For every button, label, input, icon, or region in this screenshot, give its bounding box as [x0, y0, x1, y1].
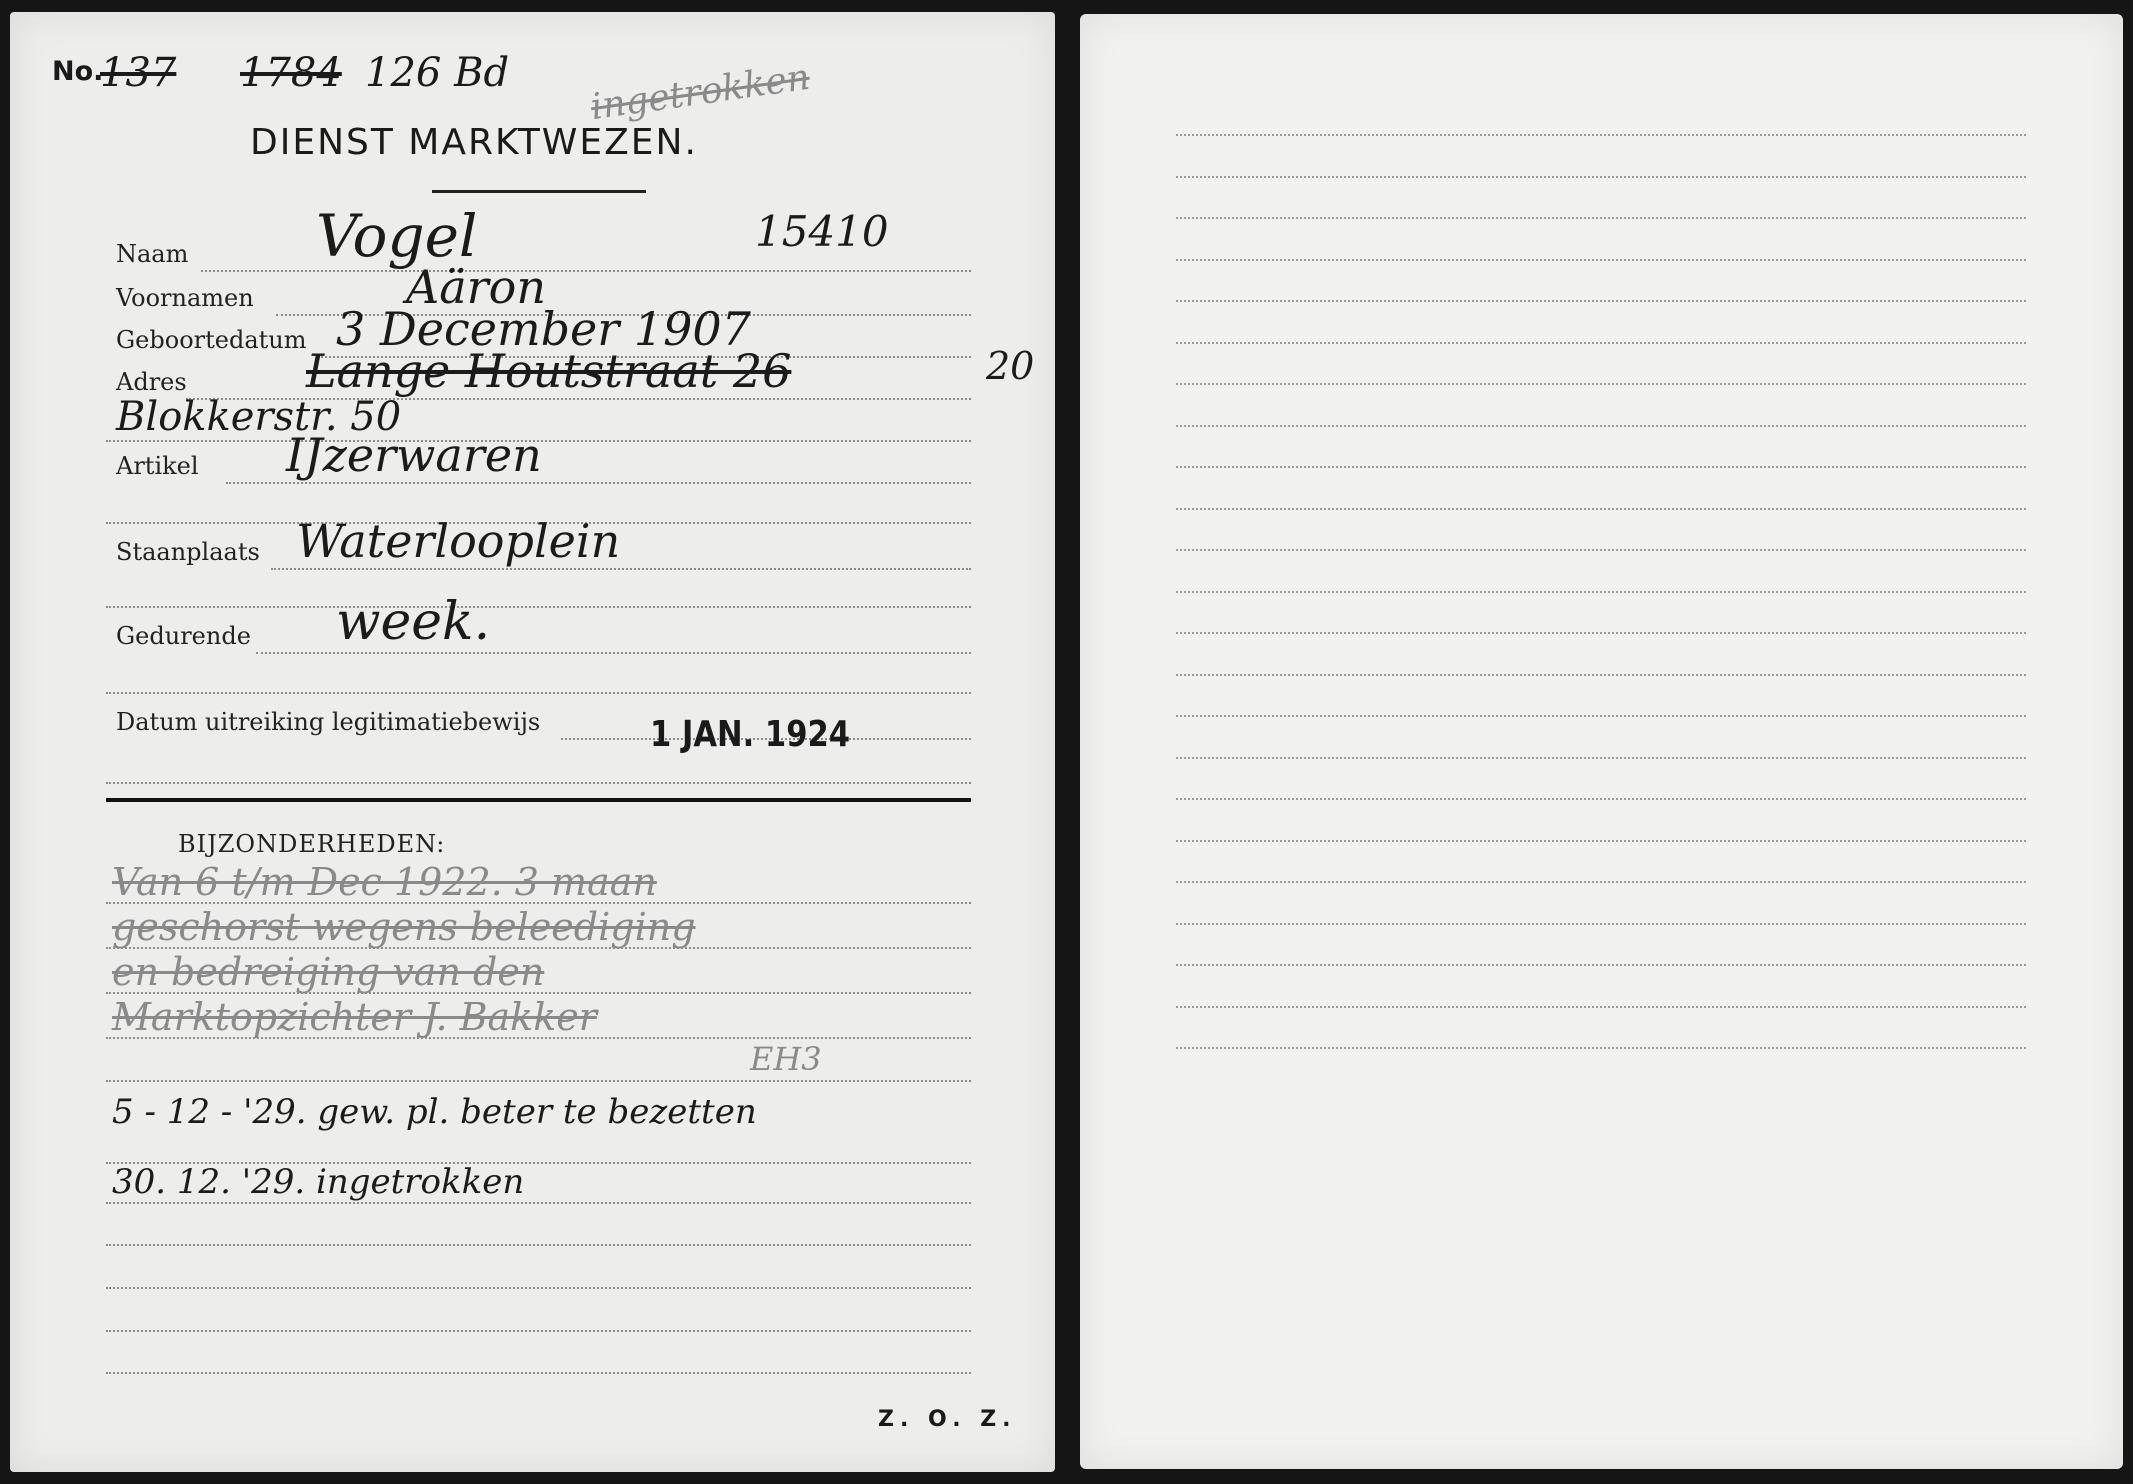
dotted-line: [1176, 798, 2026, 800]
dotted-line: [106, 1080, 971, 1082]
dotted-line: [1176, 425, 2026, 427]
dotted-line: [106, 692, 971, 694]
title-divider: [432, 190, 646, 193]
particulars-line-4: Marktopzichter J. Bakker: [112, 995, 597, 1039]
dotted-line: [1176, 757, 2026, 759]
dotted-line: [106, 782, 971, 784]
dotted-line: [106, 1244, 971, 1246]
registration-card-back: [1080, 14, 2123, 1469]
dotted-line: [1176, 176, 2026, 178]
card-number-struck-1: 137: [100, 50, 176, 96]
dotted-line: [1176, 217, 2026, 219]
field-label: Gedurende: [116, 622, 251, 650]
field-label: Artikel: [116, 452, 199, 480]
turn-over-note: Z. O. Z.: [878, 1407, 1017, 1432]
particulars-line-5: 5 - 12 - '29. gew. pl. beter te bezetten: [112, 1092, 757, 1132]
field-label: Adres: [116, 368, 187, 396]
dotted-line: [1176, 840, 2026, 842]
field-label: Naam: [116, 240, 188, 268]
field-correction: 20: [986, 344, 1034, 388]
field-blank-line: [106, 566, 971, 608]
dotted-line: [1176, 300, 2026, 302]
dotted-line: [1176, 1006, 2026, 1008]
field-value: Waterlooplein: [296, 514, 620, 568]
dotted-line: [1176, 508, 2026, 510]
dotted-line: [1176, 881, 2026, 883]
dotted-line: [1176, 259, 2026, 261]
field-label: Datum uitreiking legitimatiebewijs: [116, 708, 540, 736]
registration-card-front: No. 137 1784 126 Bd ingetrokken DIENST M…: [10, 12, 1055, 1472]
dotted-line: [1176, 674, 2026, 676]
dotted-line: [1176, 466, 2026, 468]
dotted-line: [1176, 964, 2026, 966]
dotted-line: [1176, 383, 2026, 385]
dotted-line: [106, 1287, 971, 1289]
card-number-struck-2: 1784: [240, 50, 342, 96]
dotted-line: [1176, 632, 2026, 634]
dotted-line: [106, 1372, 971, 1374]
field-label: Staanplaats: [116, 538, 260, 566]
dotted-line: [1176, 549, 2026, 551]
field-artikel: Artikel IJzerwaren: [106, 442, 971, 484]
dotted-line: [1176, 591, 2026, 593]
field-value-struck: Lange Houtstraat 26: [306, 344, 791, 398]
particulars-line-1: Van 6 t/m Dec 1922. 3 maan: [112, 860, 657, 904]
initials: EH3: [750, 1040, 822, 1078]
field-label: Voornamen: [116, 284, 254, 312]
dotted-line: [106, 606, 971, 608]
dotted-line: [201, 270, 971, 272]
dotted-line: [1176, 715, 2026, 717]
particulars-heading: BIJZONDERHEDEN:: [178, 830, 445, 858]
revoked-annotation: ingetrokken: [588, 57, 812, 128]
card-number-current: 126 Bd: [365, 50, 509, 96]
section-divider: [106, 798, 971, 802]
field-value: IJzerwaren: [286, 428, 542, 482]
field-staanplaats: Staanplaats Waterlooplein: [106, 528, 971, 570]
dotted-line: [1176, 134, 2026, 136]
field-blank-line: [106, 742, 971, 784]
card-number-label: No.: [52, 56, 103, 87]
field-blank-line: [106, 652, 971, 694]
form-title: DIENST MARKTWEZEN.: [250, 122, 698, 163]
dotted-line: [106, 1330, 971, 1332]
dotted-line: [1176, 342, 2026, 344]
particulars-line-3: en bedreiging van den: [112, 950, 544, 994]
particulars-line-2: geschorst wegens beleediging: [112, 905, 696, 949]
field-gedurende: Gedurende week.: [106, 612, 971, 654]
dotted-line: [1176, 923, 2026, 925]
field-value: week.: [336, 592, 490, 652]
dotted-line: [1176, 1047, 2026, 1049]
dotted-line: [106, 1202, 971, 1204]
field-label: Geboortedatum: [116, 326, 307, 354]
particulars-line-6: 30. 12. '29. ingetrokken: [112, 1162, 524, 1202]
